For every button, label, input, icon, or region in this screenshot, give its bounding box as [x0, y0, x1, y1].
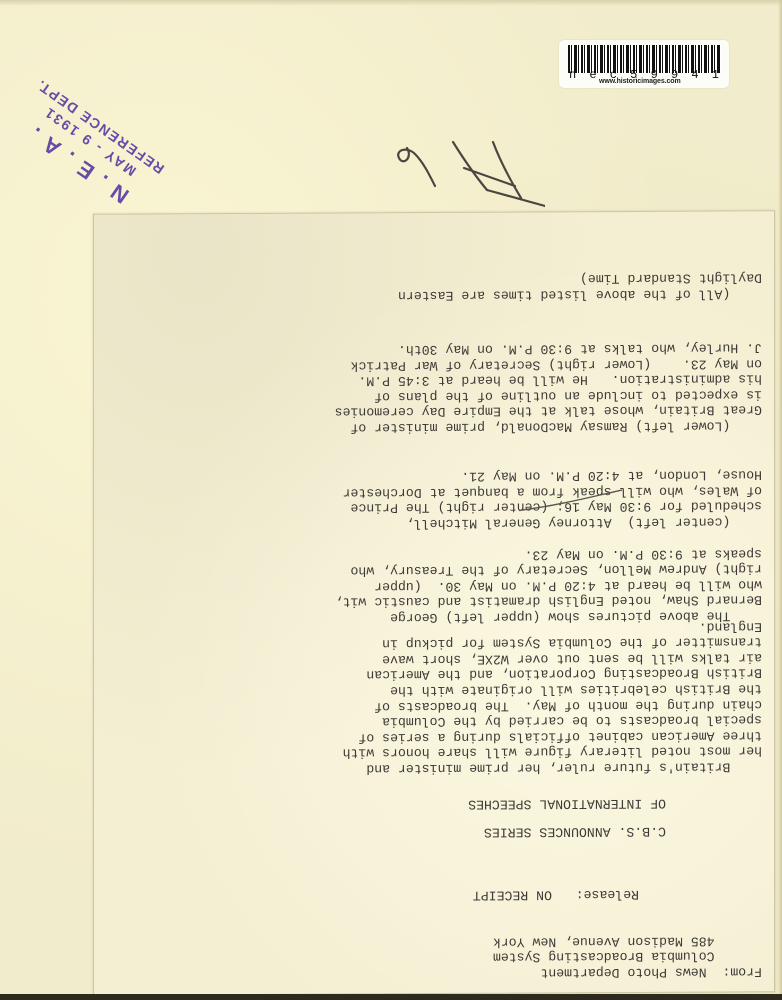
paragraph-lower-pictures: (Lower left) Ramsay MacDonald, prime min… [335, 340, 762, 436]
text-line: Daylight Standard Time) [580, 271, 762, 287]
text-line: The above pictures show (upper left) Geo… [390, 608, 762, 625]
barcode-label: n e c 5 9 9 4 1 www.historicimages.com [559, 40, 729, 88]
text-line: who will be heard at 4:20 P.M. on May 30… [374, 577, 762, 594]
release-line: Release: ON RECEIPT [473, 886, 639, 902]
text-line: the British celebrities will originate w… [390, 681, 762, 698]
text-line: air talks will be sent out over W2XE, sh… [382, 650, 762, 667]
release-label: Release: [576, 887, 639, 902]
text-line: his administration. He will be heard at … [358, 372, 762, 389]
text-line: chain during the month of May. The broad… [374, 697, 762, 714]
text-line: (center left) Attorney General Mitchell, [406, 514, 762, 531]
pencil-strike-mark-icon [514, 484, 624, 515]
text-line: Britain's future ruler, her prime minist… [366, 759, 762, 776]
text-line: her most noted literary figure will shar… [343, 744, 762, 761]
caption-sheet: From: News Photo Department Columbia Bro… [93, 210, 775, 996]
text-line: (Lower left) Ramsay MacDonald, prime min… [350, 418, 762, 435]
paragraph-time-note: (All of the above listed times are Easte… [398, 270, 762, 303]
text-line: special broadcasts to be carried by the … [382, 713, 762, 730]
photo-right-edge [778, 0, 782, 1000]
headline-line-1: C.B.S. ANNOUNCES SERIES [484, 823, 666, 840]
barcode-site-url: www.historicimages.com [599, 78, 681, 85]
text-line: Great Britain, whose talk at the Empire … [335, 403, 762, 420]
from-line: 485 Madison Avenue, New York [493, 933, 715, 949]
barcode-digit: 4 [691, 68, 698, 82]
paragraph-upper-pictures: The above pictures show (upper left) Geo… [335, 545, 762, 625]
photo-bottom-edge [0, 994, 782, 1000]
barcode-digit: 1 [712, 68, 719, 82]
text-line: is expected to include an outline of the… [374, 387, 762, 404]
text-line: transmitter of the Columbia System for p… [382, 635, 762, 652]
from-line: Columbia Broadcasting System [493, 949, 715, 965]
pencil-file-note-icon [385, 118, 545, 218]
from-block: From: News Photo Department Columbia Bro… [493, 933, 762, 981]
text-line: Bernard Shaw, noted English dramatist an… [335, 593, 762, 610]
text-line: speaks at 9:30 P.M. on May 23. [525, 546, 762, 562]
text-line: right) Andrew Mellon, Secretary of the T… [350, 562, 762, 579]
text-line: J. Hurley, who talks at 9:30 P.M. on May… [398, 340, 762, 357]
text-line: three American cabinet officials during … [358, 728, 762, 745]
barcode-digit: n [569, 68, 576, 82]
text-line: on May 23. (Lower right) Secretary of Wa… [350, 356, 762, 373]
text-line: House, London, at 4:20 P.M. on May 21. [461, 468, 762, 485]
barcode-digit: e [589, 68, 596, 82]
text-line: (All of the above listed times are Easte… [398, 286, 762, 303]
photo-top-edge [0, 0, 782, 6]
from-line: News Photo Department [540, 965, 706, 981]
text-line: British Broadcasting Corporation, and th… [366, 666, 762, 683]
nea-reference-stamp: N.E.A. MAY - 9 1931 REFERENCE DEPT. [0, 19, 222, 235]
paragraph-intro: Britain's future ruler, her prime minist… [343, 618, 762, 776]
headline-line-2: OF INTERNATIONAL SPEECHES [468, 795, 666, 812]
from-label: From: [722, 964, 762, 979]
release-value: ON RECEIPT [473, 887, 552, 902]
